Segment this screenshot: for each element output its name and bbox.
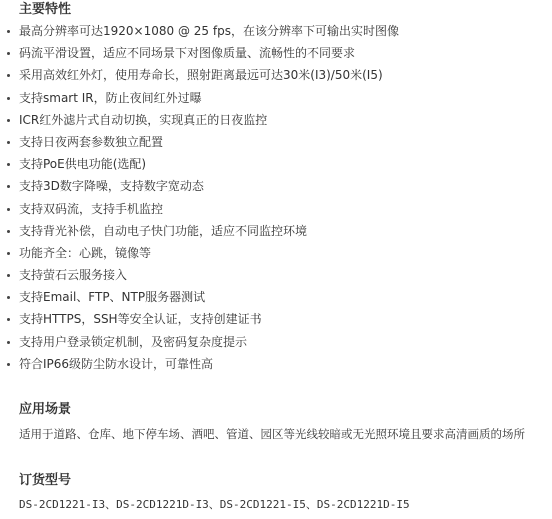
bullet-icon (7, 230, 10, 233)
ordering-models: DS-2CD1221-I3、DS-2CD1221D-I3、DS-2CD1221-… (19, 497, 410, 513)
bullet-icon (7, 52, 10, 55)
applications-title: 应用场景 (19, 402, 71, 418)
feature-item: ICR红外滤片式自动切换，实现真正的日夜监控 (0, 111, 399, 133)
bullet-icon (7, 141, 10, 144)
bullet-icon (7, 208, 10, 211)
bullet-icon (7, 185, 10, 188)
feature-item: 支持Email、FTP、NTP服务器测试 (0, 288, 399, 310)
feature-item: 支持日夜两套参数独立配置 (0, 133, 399, 155)
feature-item: 符合IP66级防尘防水设计，可靠性高 (0, 355, 399, 377)
features-list: 最高分辨率可达1920×1080 @ 25 fps，在该分辨率下可输出实时图像 … (0, 22, 399, 377)
applications-text: 适用于道路、仓库、地下停车场、酒吧、管道、园区等光线较暗或无光照环境且要求高清画… (19, 426, 525, 442)
feature-item: 支持PoE供电功能(选配) (0, 155, 399, 177)
bullet-icon (7, 274, 10, 277)
bullet-icon (7, 318, 10, 321)
feature-item: 支持萤石云服务接入 (0, 266, 399, 288)
bullet-icon (7, 74, 10, 77)
feature-item: 支持双码流，支持手机监控 (0, 200, 399, 222)
bullet-icon (7, 97, 10, 100)
bullet-icon (7, 341, 10, 344)
bullet-icon (7, 30, 10, 33)
feature-item: 最高分辨率可达1920×1080 @ 25 fps，在该分辨率下可输出实时图像 (0, 22, 399, 44)
feature-item: 支持3D数字降噪，支持数字宽动态 (0, 177, 399, 199)
bullet-icon (7, 363, 10, 366)
feature-item: 支持用户登录锁定机制，及密码复杂度提示 (0, 333, 399, 355)
features-title: 主要特性 (19, 2, 71, 18)
ordering-title: 订货型号 (19, 473, 71, 489)
bullet-icon (7, 252, 10, 255)
feature-item: 码流平滑设置，适应不同场景下对图像质量、流畅性的不同要求 (0, 44, 399, 66)
feature-item: 功能齐全：心跳，镜像等 (0, 244, 399, 266)
feature-item: 支持背光补偿，自动电子快门功能，适应不同监控环境 (0, 222, 399, 244)
bullet-icon (7, 163, 10, 166)
feature-item: 支持smart IR，防止夜间红外过曝 (0, 89, 399, 111)
feature-item: 支持HTTPS，SSH等安全认证，支持创建证书 (0, 310, 399, 332)
bullet-icon (7, 296, 10, 299)
feature-item: 采用高效红外灯，使用寿命长，照射距离最远可达30米(I3)/50米(I5) (0, 66, 399, 88)
bullet-icon (7, 119, 10, 122)
